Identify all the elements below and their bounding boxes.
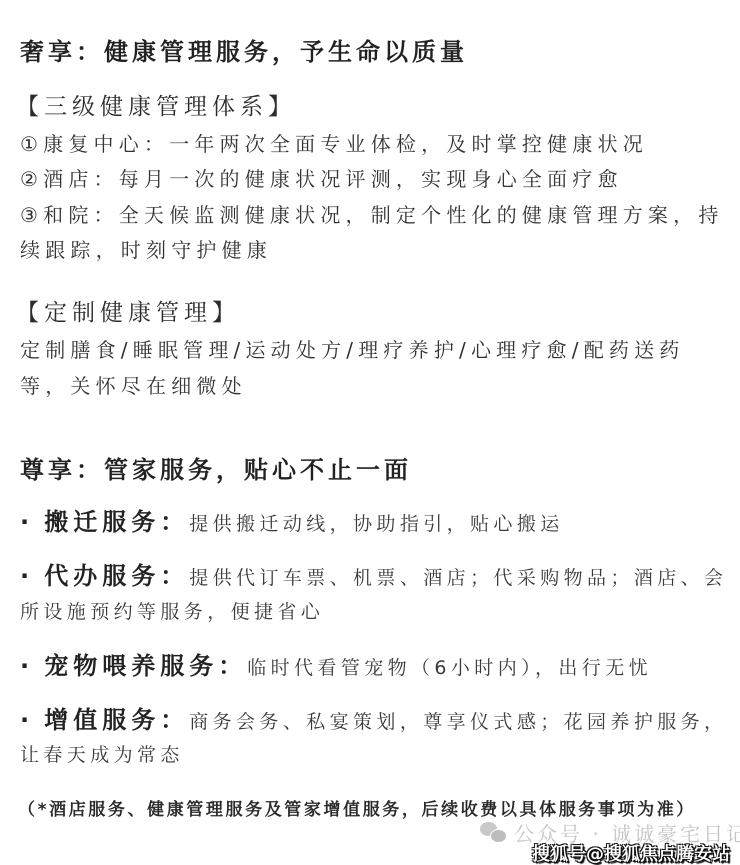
paragraph-line: 定制膳食/睡眠管理/运动处方/理疗养护/心理疗愈/配药送药 (20, 334, 685, 363)
footnote: （*酒店服务、健康管理服务及管家增值服务，后续收费以具体服务事项为准） (18, 795, 696, 820)
item-title: 搬迁服务： (44, 508, 189, 536)
bullet: · (20, 562, 34, 590)
item-title: 增值服务： (44, 706, 189, 734)
service-item-value-added: · 增值服务：商务会务、私宴策划，尊享仪式感；花园养护服务， (20, 700, 727, 735)
section-title-butler: 尊享：管家服务，贴心不止一面 (20, 450, 412, 485)
article-page: 奢享：健康管理服务，予生命以质量 【三级健康管理体系】 ①康复中心：一年两次全面… (0, 0, 740, 865)
item-desc-continuation: 所设施预约等服务，便捷省心 (20, 597, 324, 624)
bullet: · (20, 706, 34, 734)
wechat-icon (480, 822, 506, 844)
item-title: 宠物喂养服务： (44, 652, 247, 680)
subsection-heading-three-tier: 【三级健康管理体系】 (16, 88, 296, 121)
item-desc: 提供代订车票、机票、酒店；代采购物品；酒店、会 (189, 567, 727, 589)
item-title: 代办服务： (44, 562, 189, 590)
service-item-moving: · 搬迁服务：提供搬迁动线，协助指引，贴心搬运 (20, 502, 564, 537)
item-desc: 临时代看管宠物（6小时内），出行无忧 (247, 657, 652, 679)
item-desc: 提供搬迁动线，协助指引，贴心搬运 (189, 513, 563, 535)
subsection-heading-custom: 【定制健康管理】 (16, 294, 240, 327)
paragraph-line: ③和院：全天候监测健康状况，制定个性化的健康管理方案，持 (20, 199, 724, 228)
service-item-errand: · 代办服务：提供代订车票、机票、酒店；代采购物品；酒店、会 (20, 556, 727, 591)
bullet: · (20, 508, 34, 536)
bullet: · (20, 652, 34, 680)
paragraph-line: 续跟踪，时刻守护健康 (20, 234, 272, 263)
paragraph-line: ①康复中心：一年两次全面专业体检，及时掌控健康状况 (20, 128, 648, 157)
item-desc-continuation: 让春天成为常态 (20, 740, 184, 767)
paragraph-line: 等，关怀尽在细微处 (20, 370, 247, 399)
section-title-health: 奢享：健康管理服务，予生命以质量 (20, 32, 468, 67)
watermark-sohu: 搜狐号@搜狐焦点腾安站 (532, 840, 730, 865)
item-desc: 商务会务、私宴策划，尊享仪式感；花园养护服务， (189, 711, 727, 733)
service-item-pet: · 宠物喂养服务：临时代看管宠物（6小时内），出行无忧 (20, 646, 652, 681)
paragraph-line: ②酒店：每月一次的健康状况评测，实现身心全面疗愈 (20, 163, 623, 192)
